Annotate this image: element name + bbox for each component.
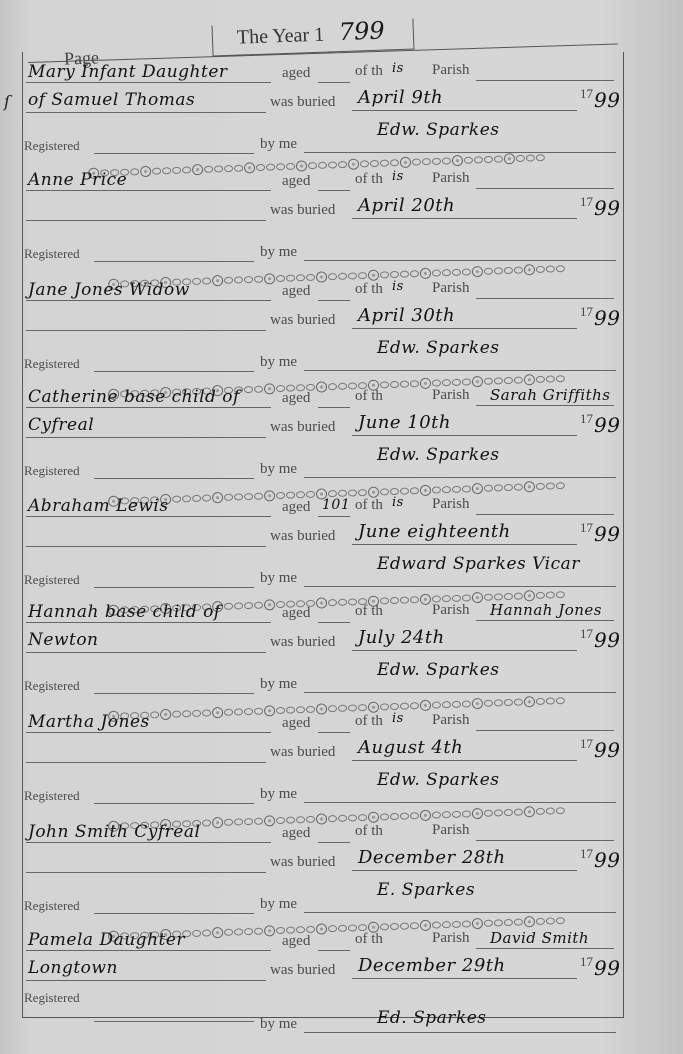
of-the-suffix: is <box>392 169 404 184</box>
officiant-rule <box>304 586 616 587</box>
age-rule <box>318 82 350 83</box>
burial-date: December 28th <box>358 847 506 868</box>
aged-label: aged <box>282 499 310 516</box>
year-printed: 17 <box>580 736 593 752</box>
burial-year-suffix: 99 <box>594 88 620 112</box>
burial-date: April 20th <box>358 195 455 216</box>
registered-rule <box>94 587 254 588</box>
entry-name-line2: Cyfreal <box>28 415 94 435</box>
registered-rule <box>94 693 254 694</box>
officiant-signature: Edw. Sparkes <box>377 660 500 680</box>
year-printed: 17 <box>580 954 593 970</box>
burial-entry: Abraham Lewis aged 101 of th is Parish w… <box>22 494 622 602</box>
entry-name: Jane Jones Widow <box>28 280 190 300</box>
entry-name-line2: Longtown <box>28 958 118 978</box>
was-buried-label: was buried <box>270 528 335 545</box>
of-the-label: of th <box>355 603 383 620</box>
year-printed: 17 <box>580 520 593 536</box>
burial-year-suffix: 99 <box>594 522 620 546</box>
parish-label: Parish <box>432 712 470 729</box>
registered-label: Registered <box>24 463 80 479</box>
registered-label: Registered <box>24 678 80 694</box>
was-buried-label: was buried <box>270 962 335 979</box>
parish-label: Parish <box>432 496 470 513</box>
by-me-label: by me <box>260 136 297 153</box>
parish-label: Parish <box>432 62 470 79</box>
entry-name: Mary Infant Daughter <box>28 62 228 82</box>
officiant-rule <box>304 692 616 693</box>
age-rule <box>318 950 350 951</box>
name-rule-2 <box>26 652 266 653</box>
aged-label: aged <box>282 390 310 407</box>
register-page: Page The Year 1 799 ſ Mary Infant Daught… <box>0 0 683 1054</box>
of-the-label: of th <box>355 281 383 298</box>
burial-entry: Pamela Daughter aged of th Parish David … <box>22 928 622 1036</box>
aged-label: aged <box>282 65 310 82</box>
was-buried-label: was buried <box>270 634 335 651</box>
parish-label: Parish <box>432 822 470 839</box>
year-printed: 17 <box>580 194 593 210</box>
officiant-rule <box>304 477 616 478</box>
burial-year-suffix: 99 <box>594 848 620 872</box>
by-me-label: by me <box>260 354 297 371</box>
name-rule <box>26 190 271 191</box>
year-label: The Year 1 <box>237 24 325 50</box>
year-printed: 17 <box>580 411 593 427</box>
entry-name: Pamela Daughter <box>28 930 185 950</box>
parish-label: Parish <box>432 280 470 297</box>
officiant-signature: Edward Sparkes Vicar <box>377 554 580 574</box>
was-buried-label: was buried <box>270 419 335 436</box>
date-rule <box>352 978 577 979</box>
registered-rule <box>94 913 254 914</box>
aged-label: aged <box>282 933 310 950</box>
parish-rule <box>476 298 614 299</box>
parish-rule <box>476 405 614 406</box>
officiant-rule <box>304 370 616 371</box>
name-rule <box>26 842 271 843</box>
registered-label: Registered <box>24 990 80 1006</box>
date-rule <box>352 870 577 871</box>
officiant-rule <box>304 912 616 913</box>
date-rule <box>352 435 577 436</box>
name-rule <box>26 300 271 301</box>
year-printed: 17 <box>580 86 593 102</box>
parish-note: Sarah Griffiths <box>490 386 611 404</box>
name-rule-2 <box>26 762 266 763</box>
burial-year-suffix: 99 <box>594 306 620 330</box>
burial-date: June 10th <box>358 412 451 433</box>
officiant-rule <box>304 802 616 803</box>
registered-label: Registered <box>24 898 80 914</box>
of-the-suffix: is <box>392 279 404 294</box>
of-the-label: of th <box>355 713 383 730</box>
entry-name: Martha Jones <box>28 712 150 732</box>
parish-rule <box>476 80 614 81</box>
burial-entry: John Smith Cyfreal aged of th Parish was… <box>22 820 622 928</box>
burial-entry: Hannah base child of aged of th Parish H… <box>22 600 622 708</box>
entry-name: John Smith Cyfreal <box>28 822 200 842</box>
burial-date: April 30th <box>358 305 455 326</box>
burial-year-suffix: 99 <box>594 738 620 762</box>
officiant-signature: Edw. Sparkes <box>377 770 500 790</box>
burial-entry: Anne Price aged of th is Parish was buri… <box>22 168 622 276</box>
officiant-rule <box>304 152 616 153</box>
year-value: 799 <box>338 17 385 47</box>
parish-rule <box>476 948 614 949</box>
date-rule <box>352 328 577 329</box>
parish-label: Parish <box>432 930 470 947</box>
of-the-label: of th <box>355 388 383 405</box>
age-rule <box>318 190 350 191</box>
burial-date: December 29th <box>358 955 506 976</box>
entry-name: Hannah base child of <box>28 602 221 622</box>
officiant-signature: Edw. Sparkes <box>377 445 500 465</box>
registered-rule <box>94 803 254 804</box>
aged-label: aged <box>282 715 310 732</box>
burial-date: July 24th <box>358 627 445 648</box>
name-rule-2 <box>26 220 266 221</box>
of-the-label: of th <box>355 931 383 948</box>
name-rule-2 <box>26 546 266 547</box>
entry-name-line2: of Samuel Thomas <box>28 90 195 110</box>
parish-label: Parish <box>432 602 470 619</box>
burial-date: June eighteenth <box>358 521 511 542</box>
name-rule-2 <box>26 872 266 873</box>
age-rule <box>318 407 350 408</box>
officiant-signature: Ed. Sparkes <box>377 1008 486 1028</box>
year-printed: 17 <box>580 304 593 320</box>
aged-label: aged <box>282 173 310 190</box>
was-buried-label: was buried <box>270 744 335 761</box>
margin-mark: ſ <box>4 92 10 111</box>
officiant-signature: Edw. Sparkes <box>377 338 500 358</box>
by-me-label: by me <box>260 896 297 913</box>
date-rule <box>352 760 577 761</box>
name-rule-2 <box>26 330 266 331</box>
entry-name-line2: Newton <box>28 630 99 650</box>
age-rule <box>318 732 350 733</box>
by-me-label: by me <box>260 570 297 587</box>
registered-rule <box>94 261 254 262</box>
parish-note: David Smith <box>490 929 589 947</box>
parish-rule <box>476 730 614 731</box>
burial-entry: Jane Jones Widow aged of th is Parish wa… <box>22 278 622 386</box>
by-me-label: by me <box>260 786 297 803</box>
registered-label: Registered <box>24 572 80 588</box>
officiant-signature: Edw. Sparkes <box>377 120 500 140</box>
burial-date: August 4th <box>358 737 463 758</box>
entry-age: 101 <box>322 497 350 513</box>
name-rule <box>26 622 271 623</box>
burial-year-suffix: 99 <box>594 413 620 437</box>
of-the-label: of th <box>355 171 383 188</box>
parish-rule <box>476 514 614 515</box>
registered-label: Registered <box>24 788 80 804</box>
was-buried-label: was buried <box>270 202 335 219</box>
of-the-suffix: is <box>392 61 404 76</box>
parish-label: Parish <box>432 170 470 187</box>
aged-label: aged <box>282 283 310 300</box>
name-rule-2 <box>26 980 266 981</box>
was-buried-label: was buried <box>270 854 335 871</box>
registered-rule <box>94 478 254 479</box>
date-rule <box>352 218 577 219</box>
by-me-label: by me <box>260 676 297 693</box>
parish-note: Hannah Jones <box>490 601 602 619</box>
by-me-label: by me <box>260 244 297 261</box>
date-rule <box>352 650 577 651</box>
aged-label: aged <box>282 825 310 842</box>
year-printed: 17 <box>580 846 593 862</box>
age-rule <box>318 622 350 623</box>
parish-rule <box>476 620 614 621</box>
of-the-label: of th <box>355 497 383 514</box>
burial-year-suffix: 99 <box>594 196 620 220</box>
burial-entry: Martha Jones aged of th is Parish was bu… <box>22 710 622 818</box>
of-the-suffix: is <box>392 711 404 726</box>
name-rule <box>26 516 271 517</box>
by-me-label: by me <box>260 461 297 478</box>
of-the-label: of th <box>355 823 383 840</box>
burial-year-suffix: 99 <box>594 628 620 652</box>
entry-name: Catherine base child of <box>28 387 240 407</box>
by-me-label: by me <box>260 1016 297 1033</box>
age-rule <box>318 300 350 301</box>
was-buried-label: was buried <box>270 94 335 111</box>
name-rule <box>26 732 271 733</box>
registered-label: Registered <box>24 246 80 262</box>
of-the-suffix: is <box>392 495 404 510</box>
name-rule-2 <box>26 437 266 438</box>
was-buried-label: was buried <box>270 312 335 329</box>
aged-label: aged <box>282 605 310 622</box>
age-rule <box>318 516 350 517</box>
registered-rule <box>94 371 254 372</box>
burial-entry: Catherine base child of aged of th Paris… <box>22 385 622 493</box>
parish-rule <box>476 188 614 189</box>
year-printed: 17 <box>580 626 593 642</box>
registered-rule <box>94 1021 254 1022</box>
name-rule <box>26 407 271 408</box>
registered-label: Registered <box>24 138 80 154</box>
burial-year-suffix: 99 <box>594 956 620 980</box>
name-rule-2 <box>26 112 266 113</box>
entry-name: Abraham Lewis <box>28 496 169 516</box>
officiant-signature: E. Sparkes <box>377 880 475 900</box>
age-rule <box>318 842 350 843</box>
burial-date: April 9th <box>358 87 443 108</box>
name-rule <box>26 82 271 83</box>
of-the-label: of th <box>355 63 383 80</box>
officiant-rule <box>304 260 616 261</box>
registered-rule <box>94 153 254 154</box>
officiant-rule <box>304 1032 616 1033</box>
date-rule <box>352 110 577 111</box>
parish-rule <box>476 840 614 841</box>
name-rule <box>26 950 271 951</box>
parish-label: Parish <box>432 387 470 404</box>
date-rule <box>352 544 577 545</box>
entry-name: Anne Price <box>28 170 127 190</box>
registered-label: Registered <box>24 356 80 372</box>
